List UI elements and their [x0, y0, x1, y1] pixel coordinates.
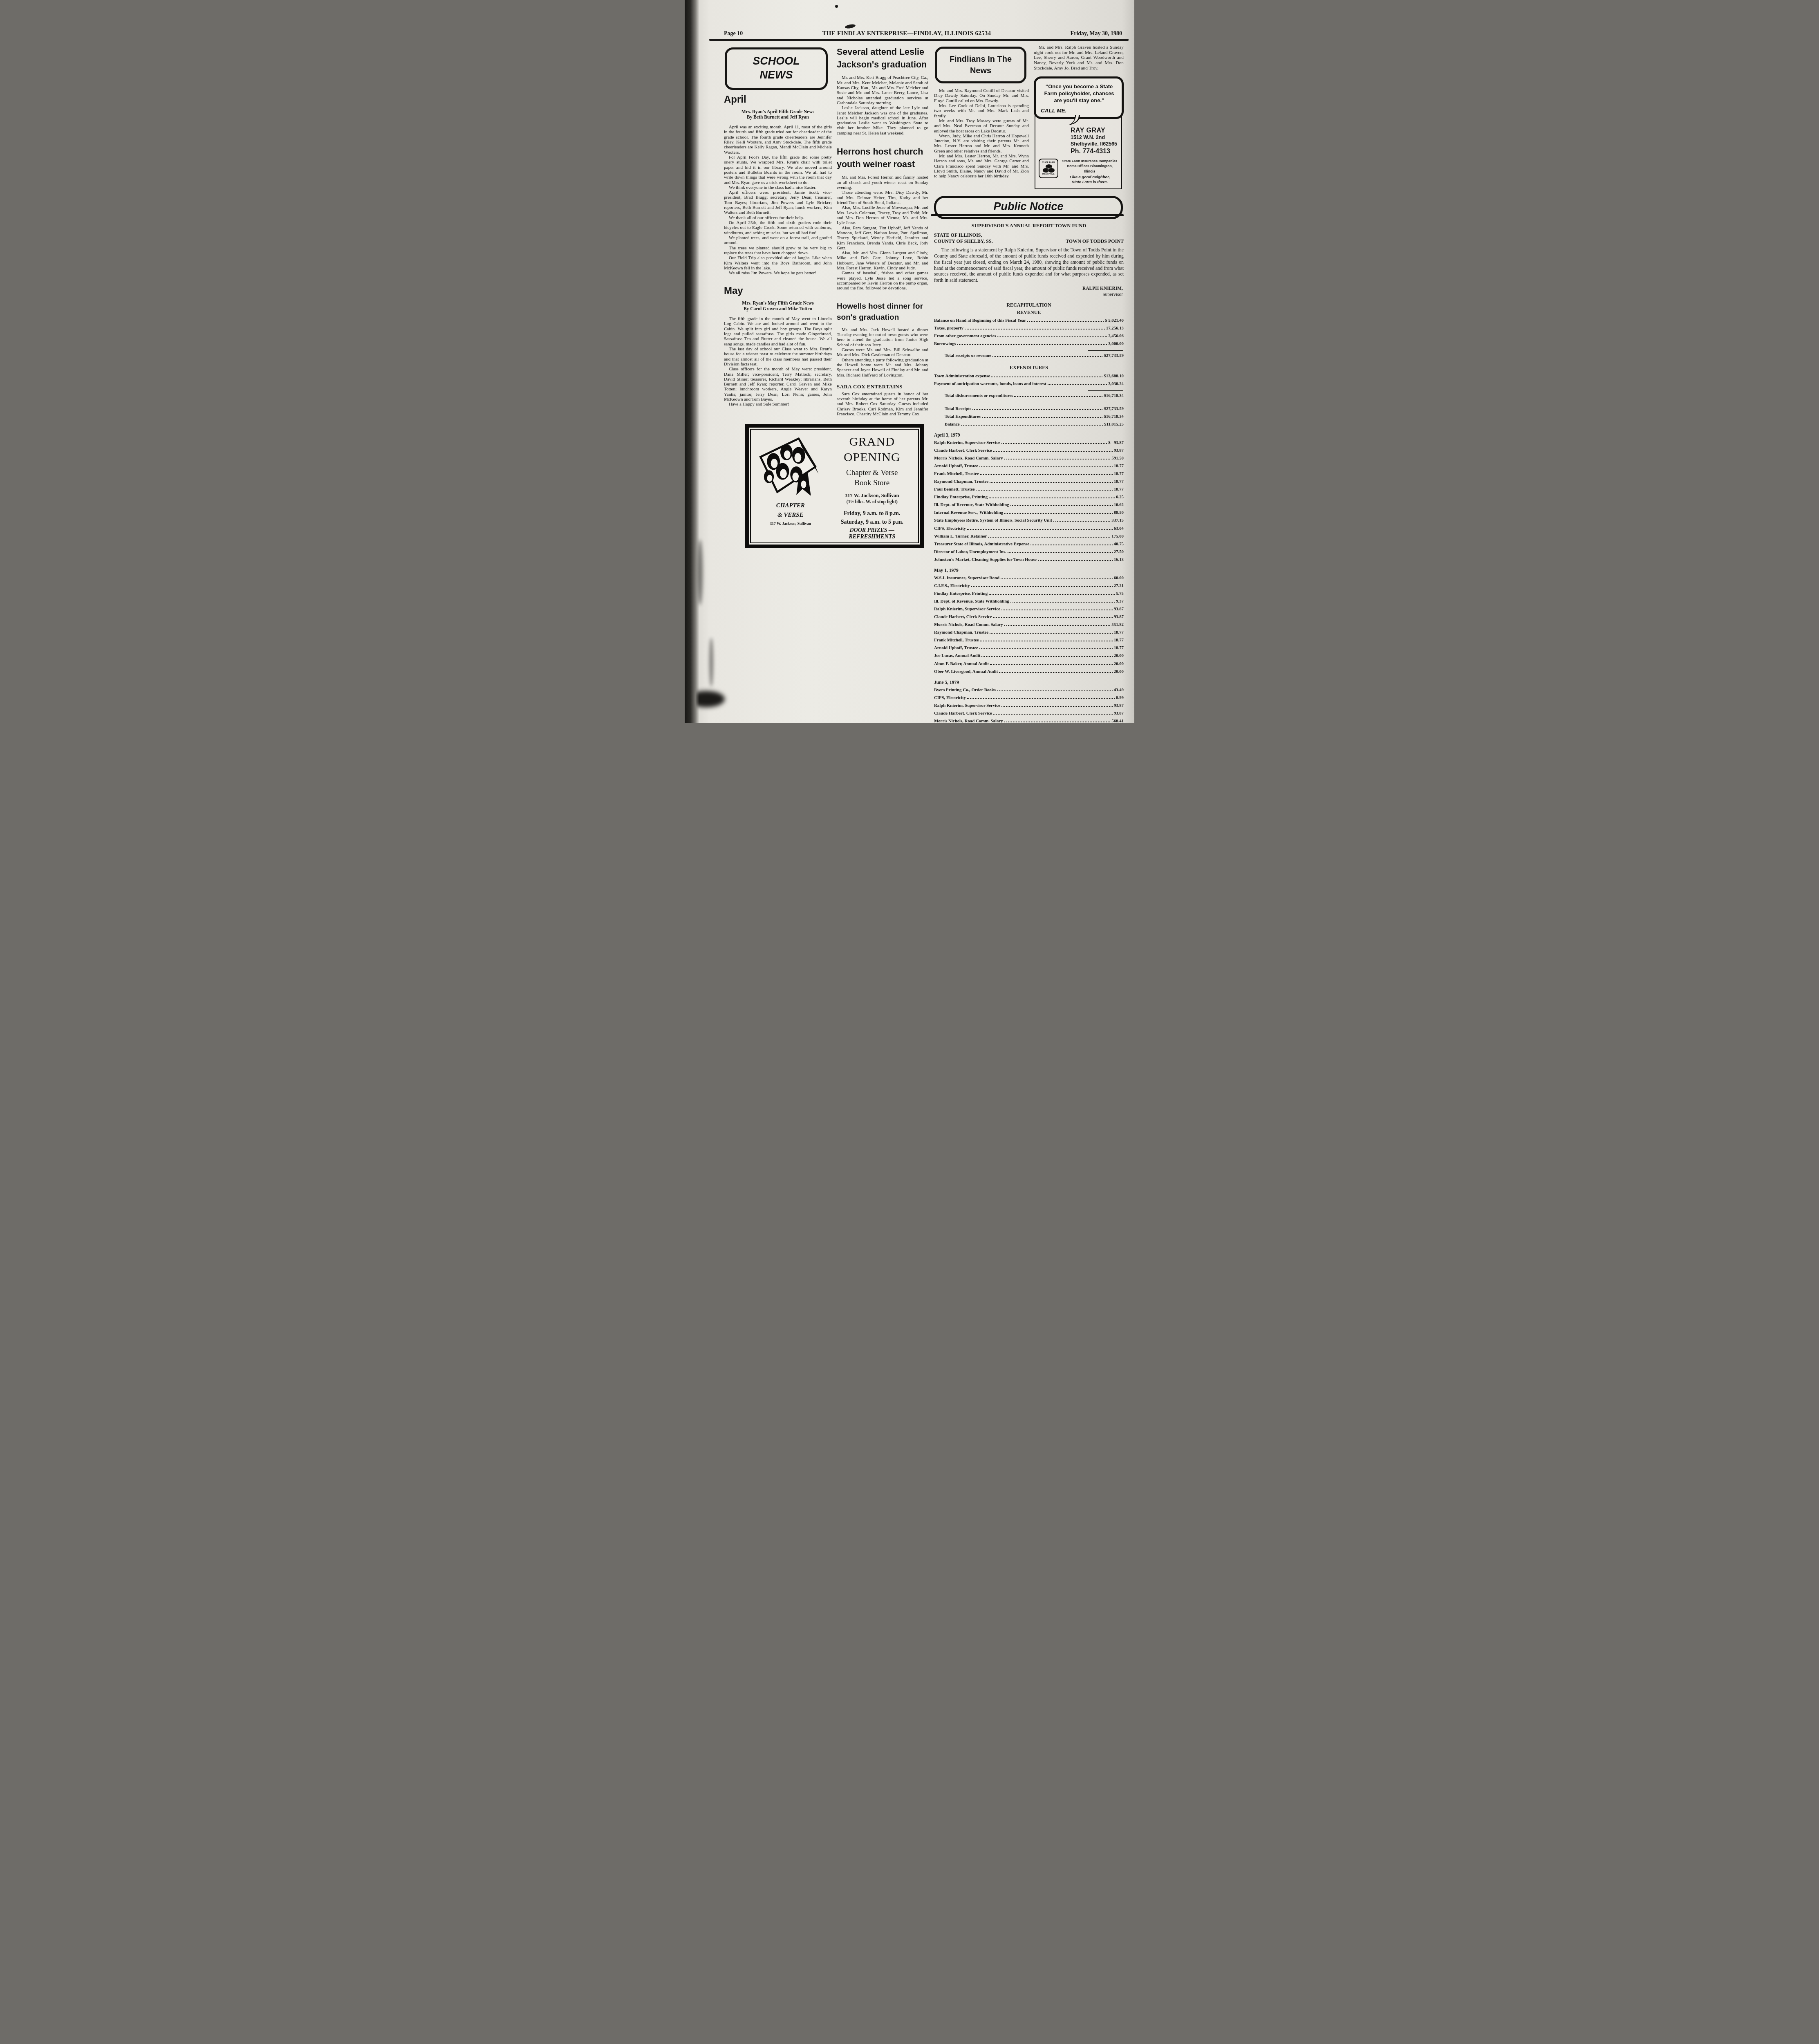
ledger-row: Morris Nichols, Road Comm. Salary 591.50: [934, 455, 1124, 462]
ledger-row: Payment of anticipation warrants, bonds,…: [934, 381, 1124, 387]
dot-leader: [991, 377, 1102, 377]
paragraph: Games of baseball, frisbee and other gam…: [837, 271, 928, 291]
paragraph: The fifth grade in the month of May went…: [724, 316, 832, 347]
dot-leader: [999, 672, 1112, 673]
school-news-title-line2: NEWS: [728, 68, 824, 82]
paragraph: We think everyone in the class had a nic…: [724, 185, 832, 190]
dot-leader: [1001, 578, 1113, 579]
dot-leader: [967, 529, 1113, 530]
dot-leader: [997, 336, 1107, 337]
ledger-row: Morris Nichols, Road Comm. Salary 568.41: [934, 718, 1124, 723]
ledger-date-april: April 3, 1979: [934, 433, 1124, 438]
state-farm-ad: “Once you become a State Farm policyhold…: [1034, 76, 1124, 189]
paragraph: The trees we planted should grow to be v…: [724, 246, 832, 256]
ink-smudge-artifact: [835, 5, 838, 8]
company-lines: State Farm Insurance Companies Home Offi…: [1062, 159, 1118, 185]
paragraph: We planted trees, and went on a forest t…: [724, 235, 832, 246]
county-line: COUNTY OF SHELBY, SS.: [934, 238, 993, 244]
paragraph: On April 25th, the fifth and sixth grade…: [724, 220, 832, 235]
paragraph: Also, Mrs. Lucille Jesse of Moweaqua; Mr…: [837, 205, 928, 225]
findlians-box: Findlians In The News: [935, 47, 1026, 83]
paragraph: Sara Cox entertained guests in honor of …: [837, 392, 928, 417]
ledger-row: Taxes, property 17,256.13: [934, 325, 1124, 332]
ledger-row: Findlay Enterprise, Printing 5.75: [934, 591, 1124, 597]
ledger-row: CIPS, Electricity 63.04: [934, 526, 1124, 532]
ledger-row: Claude Harbert, Clerk Service 93.87: [934, 710, 1124, 717]
may-ledger: W.S.I. Insurance, Supervisor Bond 60.00 …: [934, 575, 1124, 675]
dot-leader: [957, 344, 1107, 345]
dot-leader: [993, 617, 1113, 618]
paragraph: Class officers for the month of May were…: [724, 367, 832, 402]
jackson-article-body: Mr. and Mrs. Keri Bragg of Peachtree Cit…: [837, 75, 928, 136]
total-rule: [1088, 350, 1123, 351]
april-section-heading: April: [724, 94, 832, 105]
ad-title: GRAND OPENING: [828, 434, 916, 465]
dot-leader: [1008, 552, 1113, 553]
paragraph: Mr. and Mrs. Jack Howell hosted a dinner…: [837, 327, 928, 347]
logo-address: 317 W. Jackson, Sullivan: [753, 522, 828, 526]
paragraph: Have a Happy and Safe Summer!: [724, 402, 832, 407]
dot-leader: [1010, 602, 1115, 603]
april-article-body: April was an exciting month. April 11, m…: [724, 125, 832, 276]
jackson-headline: Several attend Leslie Jackson's graduati…: [837, 46, 928, 71]
dot-leader: [1001, 706, 1113, 707]
ledger-date-may: May 1, 1979: [934, 568, 1124, 573]
total-rule: [1088, 390, 1123, 391]
dot-leader: [990, 633, 1113, 634]
dot-leader: [990, 664, 1112, 665]
dot-leader: [989, 594, 1115, 595]
dot-leader: [1004, 513, 1113, 514]
may-article-body: The fifth grade in the month of May went…: [724, 316, 832, 407]
paragraph: Also, Mr. and Mrs. Glenn Largent and Cin…: [837, 251, 928, 271]
total-disbursements-row: Total disbursements or expenditures $16,…: [934, 393, 1124, 399]
herrons-article-body: Mr. and Mrs. Forest Herron and family ho…: [837, 175, 928, 291]
dot-leader: [1027, 321, 1104, 322]
dot-leader: [961, 425, 1103, 426]
dot-leader: [1004, 722, 1111, 722]
howells-article-body: Mr. and Mrs. Jack Howell hosted a dinner…: [837, 327, 928, 378]
town-line: TOWN OF TODDS POINT: [1066, 238, 1124, 244]
howells-headline: Howells host dinner for son's graduation: [837, 301, 928, 323]
dot-leader: [1001, 610, 1113, 610]
ledger-row: Town Administration expense $13,688.10: [934, 373, 1124, 379]
ledger-row: Ralph Knierim, Supervisor Service 93.87: [934, 703, 1124, 709]
door-prizes-line: DOOR PRIZES — REFRESHMENTS: [828, 527, 916, 540]
paragraph: The last day of school our Class went to…: [724, 347, 832, 367]
ledger-row: Byers Printing Co., Order Books 43.49: [934, 687, 1124, 693]
speech-bubble-tail: [1068, 115, 1082, 126]
paragraph: April was an exciting month. April 11, m…: [724, 125, 832, 155]
ledger-row: Joe Lucas, Annual Audit 20.00: [934, 653, 1124, 659]
paragraph: Wynn, Judy, Mike and Chris Herron of Hop…: [934, 134, 1029, 154]
ledger-row: Claude Harbert, Clerk Service 93.87: [934, 448, 1124, 454]
dot-leader: [993, 714, 1113, 715]
scan-crease-artifact: [709, 638, 713, 687]
faces-collage-illustration: [753, 432, 831, 500]
recap-heading: RECAPITULATION REVENUE: [934, 301, 1124, 316]
ledger-row: Frank Mitchell, Trustee 18.77: [934, 471, 1124, 477]
ledger-row: Ill. Dept. of Revenue, State Withholding…: [934, 502, 1124, 508]
dot-leader: [972, 409, 1102, 410]
dot-leader: [971, 586, 1113, 587]
ledger-row: Ralph Knierim, Supervisor Service 93.87: [934, 606, 1124, 612]
dot-leader: [979, 466, 1113, 467]
ledger-row: Raymond Chapman, Trustee 18.77: [934, 479, 1124, 485]
paragraph: Also, Pam Sargent, Tim Uphoff, Jeff Yant…: [837, 226, 928, 251]
sara-cox-article-body: Sara Cox entertained guests in honor of …: [837, 392, 928, 417]
dot-leader: [980, 641, 1113, 641]
public-notice-rule: [931, 214, 1124, 216]
dot-leader: [1001, 443, 1107, 444]
agent-name: RAY GRAY: [1071, 127, 1117, 134]
ad-quote: “Once you become a State Farm policyhold…: [1041, 83, 1118, 104]
paragraph: Mr. and Mrs. Forest Herron and family ho…: [837, 175, 928, 190]
paragraph: Mrs. Lee Cook of Delhi, Louisiana is spe…: [934, 103, 1029, 119]
dot-leader: [990, 482, 1113, 483]
column-right-rail: Mr. and Mrs. Ralph Graven hosted a Sunda…: [1034, 45, 1124, 189]
paragraph: We thank all of our officers for their h…: [724, 215, 832, 220]
agent-phone: Ph. 774-4313: [1071, 148, 1117, 155]
speech-bubble: “Once you become a State Farm policyhold…: [1034, 76, 1124, 119]
store-address-note: (1½ blks. W. of stop light): [828, 500, 916, 504]
dot-leader: [1038, 560, 1113, 561]
issue-date: Friday, May 30, 1980: [1071, 31, 1122, 37]
paragraph: Those attending were: Mrs. Dicy Dawdy, M…: [837, 190, 928, 205]
masthead-title: THE FINDLAY ENTERPRISE—FINDLAY, ILLINOIS…: [822, 30, 991, 37]
findlians-article-body: Mr. and Mrs. Raymond Cuttill of Decatur …: [934, 88, 1029, 179]
county-town-row: COUNTY OF SHELBY, SS. TOWN OF TODDS POIN…: [934, 238, 1124, 244]
ledger-row: Internal Revenue Serv., Withholding 88.5…: [934, 510, 1124, 516]
store-hours: Friday, 9 a.m. to 8 p.m. Saturday, 9 a.m…: [828, 509, 916, 527]
dot-leader: [1030, 545, 1113, 545]
chapter-verse-logo: CHAPTER & VERSE: [753, 501, 828, 520]
dot-leader: [988, 537, 1110, 538]
dot-leader: [981, 656, 1112, 657]
paragraph: Others attending a party following gradu…: [837, 358, 928, 378]
newspaper-page: Page 10 THE FINDLAY ENTERPRISE—FINDLAY, …: [685, 0, 1134, 723]
ledger-row: Johnston's Market, Cleaning Supplies for…: [934, 557, 1124, 563]
dot-leader: [1010, 505, 1113, 506]
ledger-row: Director of Labor, Unemployment Ins. 27.…: [934, 549, 1124, 555]
dot-leader: [980, 474, 1113, 475]
public-notice-section: Public Notice SUPERVISOR'S ANNUAL REPORT…: [934, 196, 1124, 723]
ledger-row: Claude Harbert, Clerk Service 93.87: [934, 614, 1124, 620]
dot-leader: [997, 690, 1113, 691]
masthead-rule: [709, 39, 1129, 41]
ledger-row: Findlay Enterprise, Printing 6.25: [934, 494, 1124, 500]
expenditures-heading: EXPENDITURES: [934, 364, 1124, 371]
state-farm-logo-icon: STATE FARM INSURANCE: [1039, 159, 1058, 178]
ledger-row: Ralph Knierim, Supervisor Service $ 93.8…: [934, 440, 1124, 446]
ledger-row: Total Receipts $27,733.59: [934, 406, 1124, 412]
ledger-row: Frank Mitchell, Trustee 18.77: [934, 637, 1124, 643]
ledger-row: From other government agencies 2,456.06: [934, 333, 1124, 339]
ledger-row: Raymond Chapman, Trustee 18.77: [934, 630, 1124, 636]
total-receipts-row: Total receipts or revenue $27,733.59: [934, 353, 1124, 359]
dot-leader: [993, 451, 1113, 452]
ledger-row: Total Expenditures $16,718.34: [934, 414, 1124, 420]
dot-leader: [1004, 625, 1111, 626]
ledger-row: Ober W. Livergood, Annual Audit 20.00: [934, 669, 1124, 675]
may-byline: Mrs. Ryan's May Fifth Grade News By Caro…: [724, 301, 832, 312]
state-line: STATE OF ILLINOIS,: [934, 232, 1124, 239]
may-section-heading: May: [724, 285, 832, 297]
signature-name: RALPH KNIERIM,: [934, 286, 1123, 292]
june-ledger: Byers Printing Co., Order Books 43.49 CI…: [934, 687, 1124, 723]
column-social-articles: Several attend Leslie Jackson's graduati…: [837, 45, 928, 419]
herrons-headline: Herrons host church youth weiner roast: [837, 146, 928, 171]
dot-leader: [1004, 459, 1111, 459]
ledger-date-june: June 5, 1979: [934, 680, 1124, 685]
dot-leader: [989, 498, 1115, 498]
dot-leader: [967, 698, 1115, 699]
page-number: Page 10: [724, 31, 743, 37]
ledger-row: Morris Nichols, Road Comm. Salary 551.82: [934, 622, 1124, 628]
ledger-row: W.S.I. Insurance, Supervisor Bond 60.00: [934, 575, 1124, 581]
signature-title: Supervisor: [934, 292, 1123, 298]
ledger-row: Balance on Hand at Beginning of this Fis…: [934, 318, 1124, 324]
ledger-row: CIPS, Electricity 8.99: [934, 695, 1124, 701]
ledger-row: Treasurer State of Illinois, Administrat…: [934, 541, 1124, 547]
dot-leader: [1053, 521, 1110, 522]
page-header: Page 10 THE FINDLAY ENTERPRISE—FINDLAY, …: [685, 0, 1134, 39]
dot-leader: [992, 356, 1103, 357]
ledger-row: Paul Bennett, Trustee 18.77: [934, 486, 1124, 493]
column-findlians: Findlians In The News Mr. and Mrs. Raymo…: [934, 45, 1029, 189]
revenue-ledger: Balance on Hand at Beginning of this Fis…: [934, 318, 1124, 347]
ledger-row: C.I.P.S., Electricity 27.21: [934, 583, 1124, 589]
paragraph: Mr. and Mrs. Lester Herron, Mr. and Mrs.…: [934, 154, 1029, 179]
paragraph: Leslie Jackson, daughter of the late Lyl…: [837, 105, 928, 136]
dot-leader: [965, 329, 1105, 329]
store-address: 317 W. Jackson, Sullivan: [828, 493, 916, 499]
store-name: Chapter & Verse Book Store: [828, 468, 916, 488]
column-school-news: SCHOOL NEWS April Mrs. Ryan's April Fift…: [724, 45, 832, 419]
summary-ledger: Total Receipts $27,733.59 Total Expendit…: [934, 406, 1124, 428]
paragraph: We all miss Jim Powers. We hope he gets …: [724, 271, 832, 276]
april-ledger: Ralph Knierim, Supervisor Service $ 93.8…: [934, 440, 1124, 563]
agent-address: 1512 W.N. 2nd Shelbyville, Il62565: [1071, 134, 1117, 147]
dot-leader: [976, 490, 1112, 491]
sara-cox-headline: SARA COX ENTERTAINS: [837, 383, 928, 390]
paragraph: Our Field Trip also provided alot of lau…: [724, 255, 832, 271]
ledger-row: Ill. Dept. of Revenue, State Withholding…: [934, 598, 1124, 605]
ledger-row: Alton F. Baker, Annual Audit 20.00: [934, 661, 1124, 667]
ledger-row: Borrowings 3,000.00: [934, 341, 1124, 347]
ledger-row: Arnold Uphoff, Trustee 18.77: [934, 645, 1124, 651]
paragraph: Mr. and Mrs. Keri Bragg of Peachtree Cit…: [837, 75, 928, 105]
expenditures-ledger: Town Administration expense $13,688.10 P…: [934, 373, 1124, 387]
dot-leader: [982, 417, 1103, 418]
ledger-row: Arnold Uphoff, Trustee 18.77: [934, 463, 1124, 469]
school-news-box: SCHOOL NEWS: [725, 47, 828, 90]
report-title: SUPERVISOR'S ANNUAL REPORT TOWN FUND: [934, 223, 1124, 229]
paragraph: April officers were: president, Jamie Sc…: [724, 190, 832, 215]
scan-edge-artifact: [685, 0, 699, 723]
april-byline: Mrs. Ryan's April Fifth Grade News By Be…: [724, 110, 832, 121]
paragraph: Mr. and Mrs. Raymond Cuttill of Decatur …: [934, 88, 1029, 103]
ledger-row: William L. Turner, Retainer 175.00: [934, 533, 1124, 540]
grand-opening-ad: CHAPTER & VERSE 317 W. Jackson, Sullivan…: [745, 424, 924, 548]
call-me-line: CALL ME.: [1041, 108, 1118, 114]
paragraph: Mr. and Mrs. Troy Massey were guests of …: [934, 119, 1029, 134]
paragraph: For April Fool's Day, the fifth grade di…: [724, 155, 832, 185]
ledger-row: Balance $11,015.25: [934, 421, 1124, 428]
dot-leader: [1014, 396, 1102, 397]
slogan: Like a good neighbor, State Farm is ther…: [1062, 175, 1118, 185]
school-news-title-line1: SCHOOL: [728, 54, 824, 68]
signature-block: RALPH KNIERIM, Supervisor: [934, 286, 1123, 298]
dot-leader: [1048, 384, 1107, 385]
dot-leader: [979, 648, 1113, 649]
graven-news-item: Mr. and Mrs. Ralph Graven hosted a Sunda…: [1034, 45, 1124, 71]
notice-intro: The following is a statement by Ralph Kn…: [934, 247, 1124, 283]
ledger-row: State Employees Retire. System of Illino…: [934, 518, 1124, 524]
paragraph: Guests were Mr. and Mrs. Bill Schwalbe a…: [837, 347, 928, 358]
